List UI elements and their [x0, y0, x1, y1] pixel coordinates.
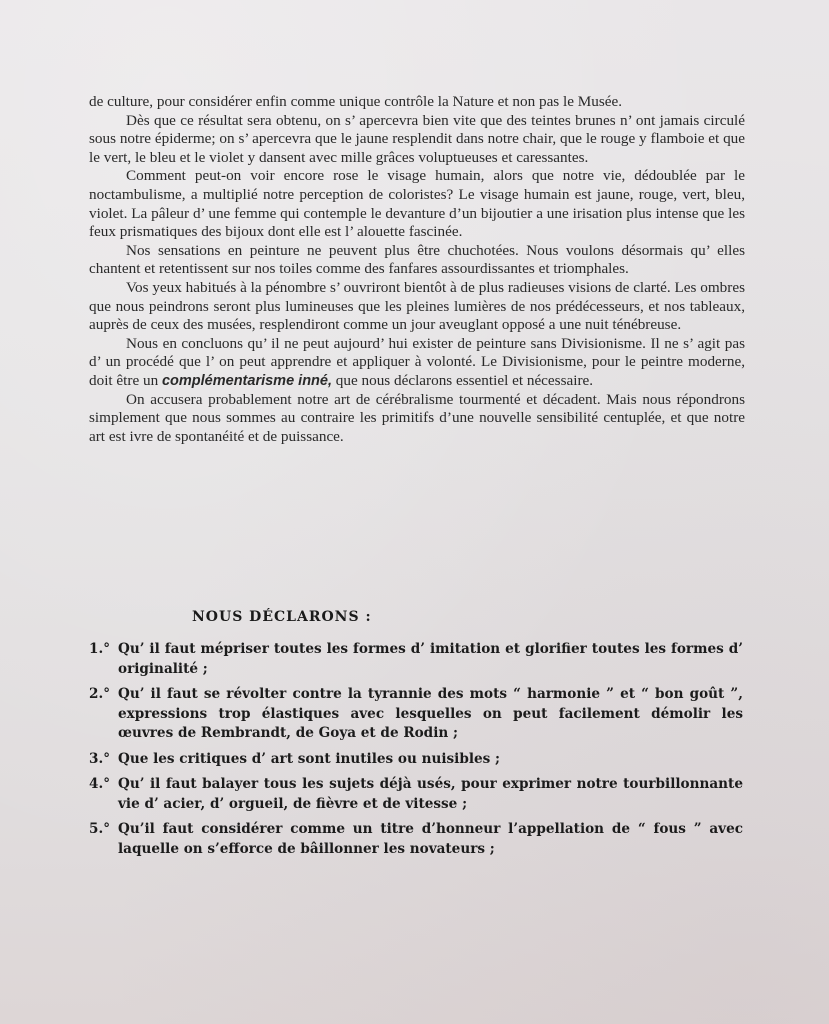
paragraph-text: que nous déclarons essentiel et nécessai… — [332, 372, 593, 389]
declaration-text: Qu’il faut considérer comme un titre d’h… — [118, 820, 743, 859]
declaration-heading: NOUS DÉCLARONS : — [192, 609, 372, 625]
paragraph: Dès que ce résultat sera obtenu, on s’ a… — [89, 112, 745, 168]
paragraph: Comment peut-on voir encore rose le visa… — [89, 167, 745, 241]
paragraph-divisionism: Nous en concluons qu’ il ne peut aujourd… — [89, 335, 745, 391]
declaration-list: 1.° Qu’ il faut mépriser toutes les form… — [89, 640, 743, 865]
declaration-number: 4.° — [89, 775, 118, 814]
declaration-item: 4.° Qu’ il faut balayer tous les sujets … — [89, 775, 743, 814]
emphasized-term: complémentarisme inné, — [162, 373, 332, 389]
paragraph: de culture, pour considérer enfin comme … — [89, 93, 745, 112]
paragraph: Nos sensations en peinture ne peuvent pl… — [89, 242, 745, 279]
declaration-text: Qu’ il faut mépriser toutes les formes d… — [118, 640, 743, 679]
declaration-number: 1.° — [89, 640, 118, 679]
manifesto-body: de culture, pour considérer enfin comme … — [89, 93, 745, 446]
declaration-item: 5.° Qu’il faut considérer comme un titre… — [89, 820, 743, 859]
declaration-text: Qu’ il faut balayer tous les sujets déjà… — [118, 775, 743, 814]
declaration-number: 5.° — [89, 820, 118, 859]
paragraph: Vos yeux habitués à la pénombre s’ ouvri… — [89, 279, 745, 335]
declaration-item: 1.° Qu’ il faut mépriser toutes les form… — [89, 640, 743, 679]
declaration-number: 2.° — [89, 685, 118, 744]
declaration-text: Que les critiques d’ art sont inutiles o… — [118, 750, 743, 770]
scanned-page: de culture, pour considérer enfin comme … — [0, 0, 829, 1024]
paragraph: On accusera probablement notre art de cé… — [89, 391, 745, 447]
declaration-item: 2.° Qu’ il faut se révolter contre la ty… — [89, 685, 743, 744]
declaration-number: 3.° — [89, 750, 118, 770]
declaration-item: 3.° Que les critiques d’ art sont inutil… — [89, 750, 743, 770]
declaration-text: Qu’ il faut se révolter contre la tyrann… — [118, 685, 743, 744]
